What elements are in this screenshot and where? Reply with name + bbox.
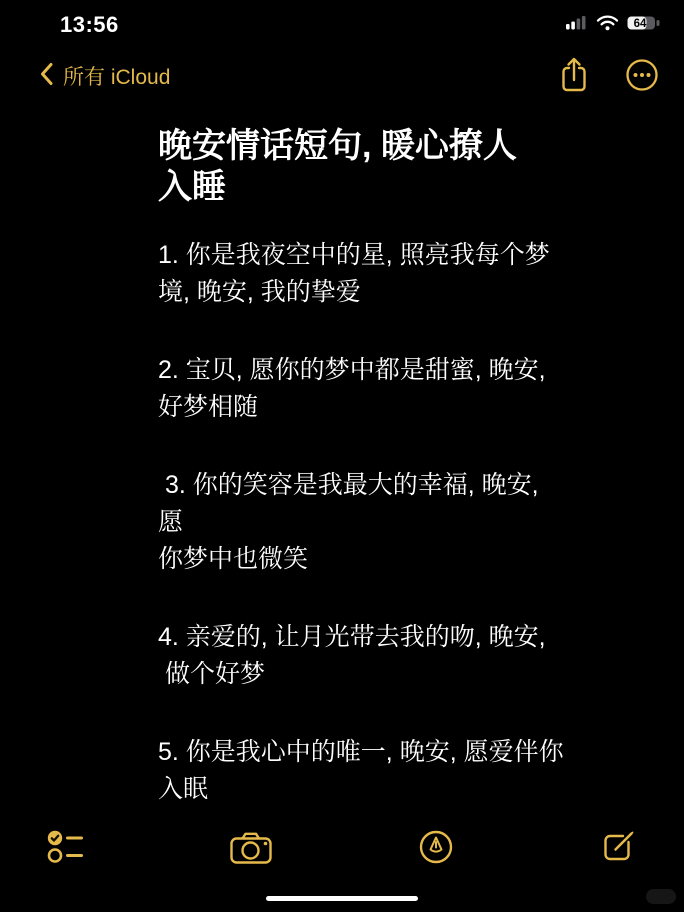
back-button[interactable]: 所有 iCloud: [40, 61, 170, 91]
chevron-left-icon: [40, 62, 53, 91]
markup-button[interactable]: [417, 828, 455, 869]
note-item-3: 3. 你的笑容是我最大的幸福, 晚安, 愿 你梦中也微笑: [158, 467, 564, 578]
compose-button[interactable]: [598, 827, 638, 870]
note-item-4: 4. 亲爱的, 让月光带去我的吻, 晚安, 做个好梦: [158, 619, 564, 693]
battery-icon: 64: [627, 15, 660, 36]
notes-app-screen: 13:56: [0, 0, 684, 912]
share-icon: [558, 55, 590, 98]
watermark-badge: [646, 889, 676, 904]
wifi-icon: [596, 15, 619, 36]
status-time: 13:56: [60, 12, 119, 38]
note-item-1: 1. 你是我夜空中的星, 照亮我每个梦 境, 晚安, 我的挚爱: [158, 237, 564, 311]
share-button[interactable]: [558, 55, 590, 98]
compose-icon: [598, 827, 638, 870]
note-content[interactable]: 晚安情话短句, 暖心撩人 入睡 1. 你是我夜空中的星, 照亮我每个梦 境, 晚…: [0, 104, 684, 808]
status-bar: 13:56: [0, 0, 684, 44]
more-button[interactable]: [624, 57, 660, 96]
note-item-5: 5. 你是我心中的唯一, 晚安, 愿爱伴你 入眠: [158, 734, 564, 808]
camera-icon: [229, 829, 274, 868]
checklist-button[interactable]: [46, 829, 86, 867]
camera-button[interactable]: [229, 829, 274, 868]
bottom-toolbar: [0, 818, 684, 878]
back-label: 所有 iCloud: [63, 61, 170, 91]
home-indicator[interactable]: [266, 896, 418, 901]
note-title: 晚安情话短句, 暖心撩人 入睡: [158, 126, 564, 208]
note-item-2: 2. 宝贝, 愿你的梦中都是甜蜜, 晚安, 好梦相随: [158, 352, 564, 426]
markup-icon: [417, 828, 455, 869]
checklist-icon: [46, 829, 86, 867]
nav-bar: 所有 iCloud: [0, 48, 684, 104]
battery-percent-text: 64: [634, 18, 647, 30]
status-icons: 64: [566, 15, 660, 36]
more-circle-icon: [624, 57, 660, 96]
nav-actions: [558, 55, 660, 98]
cellular-signal-icon: [566, 15, 588, 35]
